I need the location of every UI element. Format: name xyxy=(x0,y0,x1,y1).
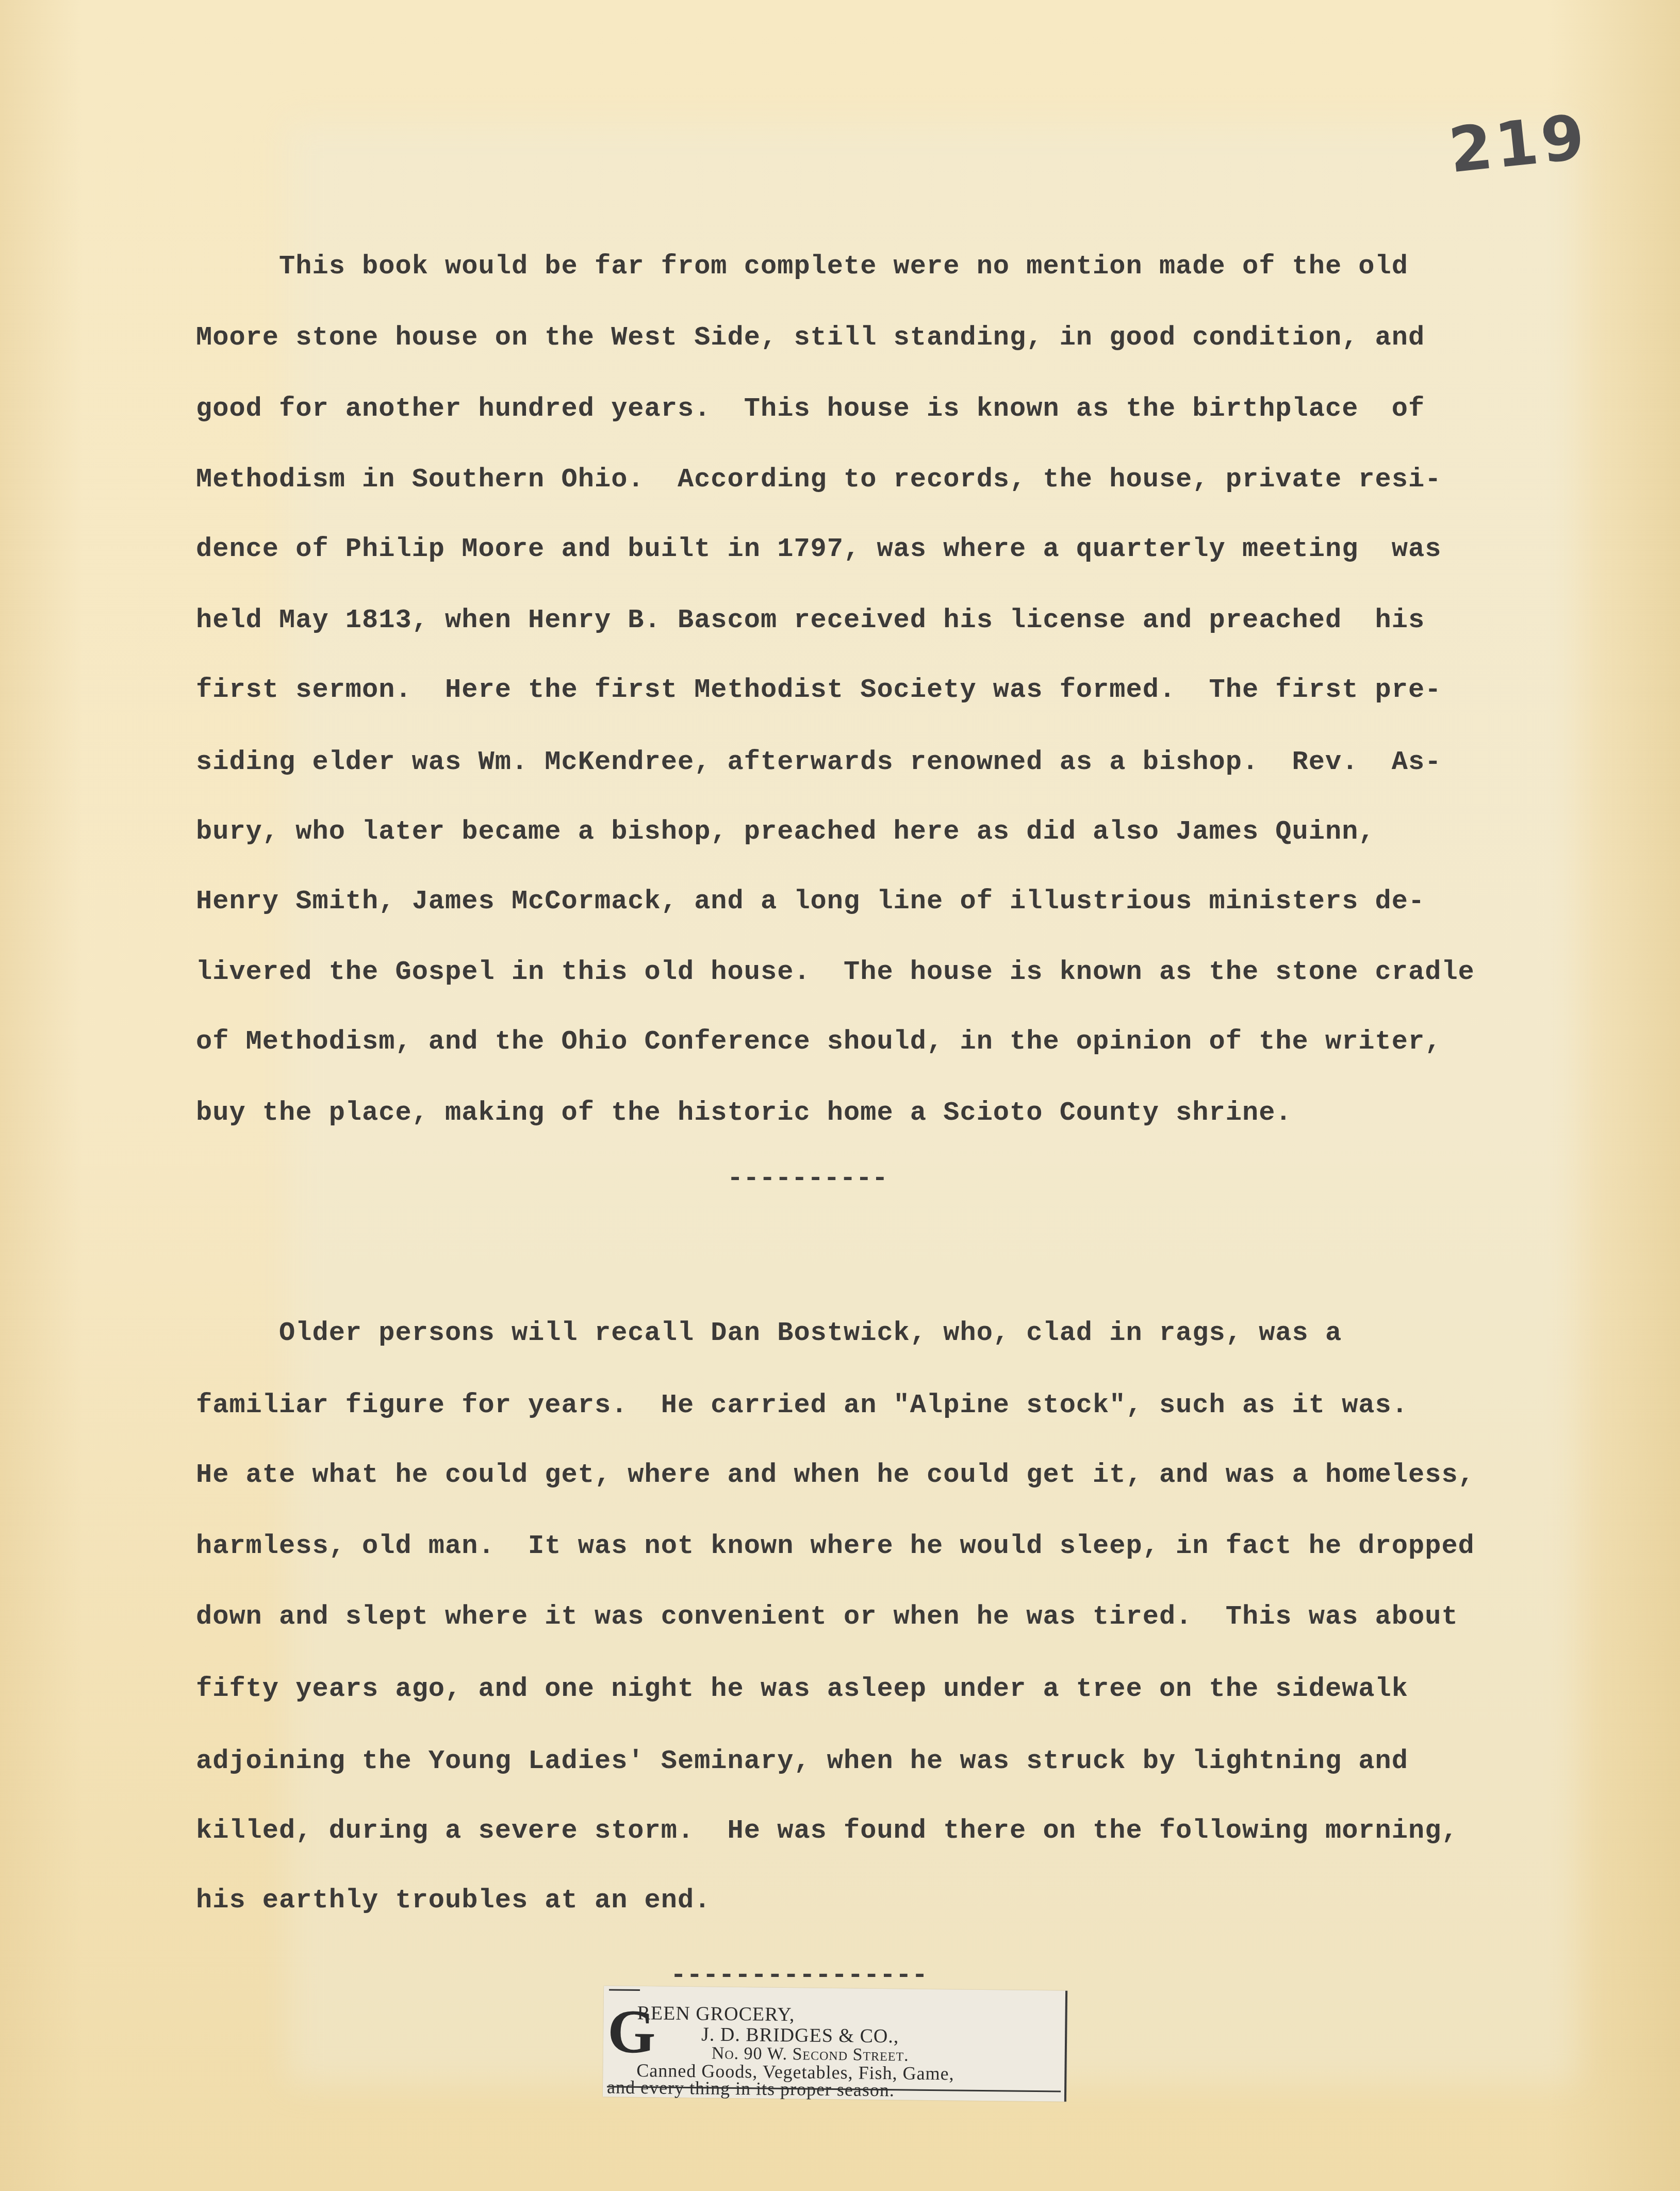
newspaper-clipping-advertisement: G REEN GROCERY, J. D. BRIDGES & CO., No.… xyxy=(603,1986,1067,2101)
text-line: siding elder was Wm. McKendree, afterwar… xyxy=(196,747,1441,777)
text-line: good for another hundred years. This hou… xyxy=(196,394,1425,424)
text-line: buy the place, making of the historic ho… xyxy=(196,1098,1292,1128)
text-line: of Methodism, and the Ohio Conference sh… xyxy=(196,1026,1441,1057)
clipping-title: REEN GROCERY, xyxy=(637,2002,795,2026)
text-line: familiar figure for years. He carried an… xyxy=(196,1390,1408,1420)
text-line: fifty years ago, and one night he was as… xyxy=(196,1674,1408,1704)
clipping-rule xyxy=(609,1989,640,1991)
handwritten-page-number: 219 xyxy=(1445,101,1591,187)
text-line: adjoining the Young Ladies' Seminary, wh… xyxy=(196,1746,1408,1776)
text-line: bury, who later became a bishop, preache… xyxy=(196,816,1375,847)
text-line: first sermon. Here the first Methodist S… xyxy=(196,675,1441,705)
text-line: dence of Philip Moore and built in 1797,… xyxy=(196,534,1441,564)
text-line: Henry Smith, James McCormack, and a long… xyxy=(196,886,1425,917)
text-line: livered the Gospel in this old house. Th… xyxy=(196,957,1475,987)
text-line: Moore stone house on the West Side, stil… xyxy=(196,322,1425,353)
text-line: harmless, old man. It was not known wher… xyxy=(196,1531,1475,1561)
text-line: down and slept where it was convenient o… xyxy=(196,1601,1458,1632)
text-line: He ate what he could get, where and when… xyxy=(196,1460,1475,1490)
text-line: held May 1813, when Henry B. Bascom rece… xyxy=(196,605,1425,635)
text-line: his earthly troubles at an end. xyxy=(196,1885,711,1916)
section-separator: ---------- xyxy=(727,1163,888,1193)
text-line: Methodism in Southern Ohio. According to… xyxy=(196,464,1441,495)
text-line: killed, during a severe storm. He was fo… xyxy=(196,1816,1458,1846)
text-line: Older persons will recall Dan Bostwick, … xyxy=(196,1318,1342,1348)
section-separator: ---------------- xyxy=(670,1960,928,1990)
text-line: This book would be far from complete wer… xyxy=(196,251,1408,282)
